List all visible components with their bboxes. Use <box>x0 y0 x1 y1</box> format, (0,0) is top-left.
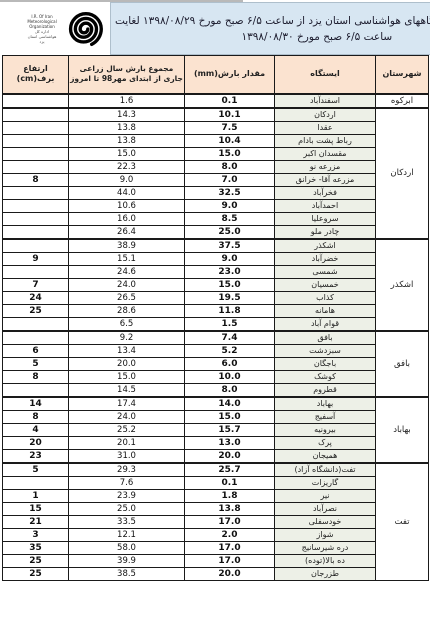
rain-cell: 17.0 <box>185 515 275 528</box>
total-rain-header: مجموع بارش سال زراعی جاری از ابتدای مهر9… <box>69 56 185 94</box>
station-cell: مقسدان اکبر <box>275 147 376 160</box>
rain-cell: 25.0 <box>185 225 275 239</box>
station-cell: مزرعه نو <box>275 160 376 173</box>
snow-cell: 8 <box>3 173 69 186</box>
station-cell: احمدآباد <box>275 199 376 212</box>
snow-cell <box>3 147 69 160</box>
rain-cell: 2.0 <box>185 528 275 541</box>
rain-cell: 7.5 <box>185 121 275 134</box>
snow-cell: 6 <box>3 344 69 357</box>
total-cell: 16.0 <box>69 212 185 225</box>
table-row: ده بالا(توده)17.039.925 <box>3 554 429 567</box>
station-cell: کذاب <box>275 291 376 304</box>
county-cell: اشکذر <box>376 239 429 331</box>
total-cell: 29.3 <box>69 463 185 477</box>
table-row: سروعلیا8.516.0 <box>3 212 429 225</box>
station-cell: خضرآباد <box>275 252 376 265</box>
station-cell: سبزدشت <box>275 344 376 357</box>
snow-cell: 25 <box>3 304 69 317</box>
table-row: همیجان20.031.023 <box>3 449 429 463</box>
rain-cell: 1.8 <box>185 489 275 502</box>
total-cell: 31.0 <box>69 449 185 463</box>
total-cell: 14.5 <box>69 383 185 397</box>
station-cell: قوام آباد <box>275 317 376 331</box>
snow-cell <box>3 121 69 134</box>
table-row: خمسیان15.024.07 <box>3 278 429 291</box>
rain-cell: 7.0 <box>185 173 275 186</box>
station-cell: نصرآباد <box>275 502 376 515</box>
rain-cell: 13.8 <box>185 502 275 515</box>
county-cell: اردکان <box>376 108 429 239</box>
snow-cell <box>3 108 69 122</box>
rain-cell: 14.0 <box>185 397 275 411</box>
total-cell: 14.3 <box>69 108 185 122</box>
table-row: مقسدان اکبر15.015.0 <box>3 147 429 160</box>
rain-cell: 0.1 <box>185 476 275 489</box>
snow-cell: 25 <box>3 554 69 567</box>
station-header: ایستگاه <box>275 56 376 94</box>
total-cell: 7.6 <box>69 476 185 489</box>
logo-text-fa: اداره کل هواشناسی استان یزد <box>26 29 58 44</box>
total-cell: 23.9 <box>69 489 185 502</box>
total-cell: 20.1 <box>69 436 185 449</box>
station-cell: اشکذر <box>275 239 376 253</box>
snow-cell <box>3 265 69 278</box>
snow-cell <box>3 134 69 147</box>
table-row: خضرآباد9.015.19 <box>3 252 429 265</box>
rain-cell: 32.5 <box>185 186 275 199</box>
table-row: نصرآباد13.825.015 <box>3 502 429 515</box>
snow-cell: 7 <box>3 278 69 291</box>
table-row: ابرکوهاسفندآباد0.11.6 <box>3 94 429 108</box>
table-row: شمسی23.024.6 <box>3 265 429 278</box>
table-row: عقدا7.513.8 <box>3 121 429 134</box>
total-cell: 12.1 <box>69 528 185 541</box>
table-row: شواز2.012.13 <box>3 528 429 541</box>
snow-cell <box>3 160 69 173</box>
station-cell: رباط پشت بادام <box>275 134 376 147</box>
rain-cell: 10.1 <box>185 108 275 122</box>
table-row: فخرآباد32.544.0 <box>3 186 429 199</box>
county-cell: بهاباد <box>376 397 429 463</box>
rainfall-report-page: I.R. Of Iran Meteorological Organization… <box>0 0 430 627</box>
total-cell: 10.6 <box>69 199 185 212</box>
table-header-row: شهرستان ایستگاه مقدار بارش(mm) مجموع بار… <box>3 56 429 94</box>
station-cell: بهاباد <box>275 397 376 411</box>
table-row: پرک13.020.120 <box>3 436 429 449</box>
station-cell: تفت(دانشگاه آزاد) <box>275 463 376 477</box>
table-row: قطروم8.014.5 <box>3 383 429 397</box>
snow-cell <box>3 94 69 108</box>
report-header: I.R. Of Iran Meteorological Organization… <box>0 2 430 55</box>
table-row: قوام آباد1.56.5 <box>3 317 429 331</box>
total-cell: 44.0 <box>69 186 185 199</box>
table-row: طزرجان20.038.525 <box>3 567 429 580</box>
total-cell: 17.4 <box>69 397 185 411</box>
report-title-line1: میزان بارندگی ایستگاههای هواشناسی استان … <box>115 13 430 29</box>
rain-cell: 20.0 <box>185 449 275 463</box>
station-cell: همیجان <box>275 449 376 463</box>
snow-cell: 8 <box>3 370 69 383</box>
station-cell: شواز <box>275 528 376 541</box>
rain-cell: 25.7 <box>185 463 275 477</box>
station-cell: فخرآباد <box>275 186 376 199</box>
logo-caption: I.R. Of Iran Meteorological Organization… <box>26 14 58 44</box>
rain-cell: 7.4 <box>185 331 275 345</box>
county-header: شهرستان <box>376 56 429 94</box>
rain-cell: 19.5 <box>185 291 275 304</box>
total-cell: 58.0 <box>69 541 185 554</box>
total-cell: 13.8 <box>69 134 185 147</box>
station-cell: دره شیرسانیج <box>275 541 376 554</box>
snow-cell <box>3 225 69 239</box>
logo-text-en: I.R. Of Iran Meteorological Organization <box>26 14 58 29</box>
station-cell: بافق <box>275 331 376 345</box>
logo-block: I.R. Of Iran Meteorological Organization… <box>0 2 110 55</box>
table-row: سبزدشت5.213.46 <box>3 344 429 357</box>
table-row: بیرونیه15.725.24 <box>3 423 429 436</box>
snow-cell: 3 <box>3 528 69 541</box>
rain-cell: 10.0 <box>185 370 275 383</box>
total-cell: 13.8 <box>69 121 185 134</box>
snow-cell <box>3 212 69 225</box>
total-cell: 24.6 <box>69 265 185 278</box>
station-cell: مزرعه آقا- خرانق <box>275 173 376 186</box>
snow-cell: 9 <box>3 252 69 265</box>
table-row: اشکذراشکذر37.538.9 <box>3 239 429 253</box>
total-cell: 15.1 <box>69 252 185 265</box>
total-cell: 9.0 <box>69 173 185 186</box>
total-cell: 26.5 <box>69 291 185 304</box>
snow-cell: 4 <box>3 423 69 436</box>
rain-cell: 8.0 <box>185 160 275 173</box>
station-cell: طزرجان <box>275 567 376 580</box>
rain-table-body: ابرکوهاسفندآباد0.11.6اردکاناردکان10.114.… <box>3 94 429 581</box>
snow-cell: 8 <box>3 410 69 423</box>
report-title-line2: ساعت ۶/۵ صبح مورخ ۱۳۹۸/۰۸/۳۰ <box>241 29 392 45</box>
station-cell: پرک <box>275 436 376 449</box>
table-row: باجگان6.020.05 <box>3 357 429 370</box>
total-cell: 33.5 <box>69 515 185 528</box>
table-row: رباط پشت بادام10.413.8 <box>3 134 429 147</box>
total-cell: 25.0 <box>69 502 185 515</box>
rain-cell: 15.0 <box>185 410 275 423</box>
table-row: هامانه11.828.625 <box>3 304 429 317</box>
snow-cell: 23 <box>3 449 69 463</box>
snow-cell: 24 <box>3 291 69 304</box>
station-cell: چادر ملو <box>275 225 376 239</box>
total-cell: 20.0 <box>69 357 185 370</box>
rain-cell: 9.0 <box>185 252 275 265</box>
table-row: مزرعه نو8.022.3 <box>3 160 429 173</box>
total-cell: 6.5 <box>69 317 185 331</box>
total-cell: 15.0 <box>69 370 185 383</box>
station-cell: عقدا <box>275 121 376 134</box>
station-cell: خودسفلی <box>275 515 376 528</box>
rain-cell: 17.0 <box>185 541 275 554</box>
total-cell: 22.3 <box>69 160 185 173</box>
total-cell: 25.2 <box>69 423 185 436</box>
station-cell: بیرونیه <box>275 423 376 436</box>
table-row: تفتتفت(دانشگاه آزاد)25.729.35 <box>3 463 429 477</box>
table-row: چادر ملو25.026.4 <box>3 225 429 239</box>
table-row: مزرعه آقا- خرانق7.09.08 <box>3 173 429 186</box>
table-row: نیر1.823.91 <box>3 489 429 502</box>
station-cell: خمسیان <box>275 278 376 291</box>
rain-cell: 15.7 <box>185 423 275 436</box>
station-cell: اردکان <box>275 108 376 122</box>
table-row: بهابادبهاباد14.017.414 <box>3 397 429 411</box>
rain-cell: 17.0 <box>185 554 275 567</box>
station-cell: ده بالا(توده) <box>275 554 376 567</box>
snow-cell <box>3 186 69 199</box>
title-band: میزان بارندگی ایستگاههای هواشناسی استان … <box>110 2 430 55</box>
snow-cell: 20 <box>3 436 69 449</box>
county-cell: تفت <box>376 463 429 581</box>
snow-cell: 1 <box>3 489 69 502</box>
rain-cell: 8.5 <box>185 212 275 225</box>
station-cell: کوشک <box>275 370 376 383</box>
table-row: کوشک10.015.08 <box>3 370 429 383</box>
station-cell: نیر <box>275 489 376 502</box>
station-cell: هامانه <box>275 304 376 317</box>
table-row: خودسفلی17.033.521 <box>3 515 429 528</box>
table-row: بافقبافق7.49.2 <box>3 331 429 345</box>
rain-cell: 8.0 <box>185 383 275 397</box>
total-cell: 38.5 <box>69 567 185 580</box>
total-cell: 13.4 <box>69 344 185 357</box>
total-cell: 28.6 <box>69 304 185 317</box>
rain-cell: 15.0 <box>185 278 275 291</box>
rain-cell: 20.0 <box>185 567 275 580</box>
rain-cell: 0.1 <box>185 94 275 108</box>
snow-cell <box>3 383 69 397</box>
snow-cell: 15 <box>3 502 69 515</box>
rain-cell: 1.5 <box>185 317 275 331</box>
total-cell: 24.0 <box>69 410 185 423</box>
station-cell: باجگان <box>275 357 376 370</box>
rain-cell: 5.2 <box>185 344 275 357</box>
station-cell: آسفیج <box>275 410 376 423</box>
snow-cell <box>3 331 69 345</box>
county-cell: ابرکوه <box>376 94 429 108</box>
table-row: کذاب19.526.524 <box>3 291 429 304</box>
snow-depth-header: ارتفاع برف(cm) <box>3 56 69 94</box>
county-cell: بافق <box>376 331 429 397</box>
snow-cell: 21 <box>3 515 69 528</box>
rain-cell: 37.5 <box>185 239 275 253</box>
table-row: دره شیرسانیج17.058.035 <box>3 541 429 554</box>
station-cell: سروعلیا <box>275 212 376 225</box>
snow-cell: 25 <box>3 567 69 580</box>
rain-cell: 11.8 <box>185 304 275 317</box>
table-row: اردکاناردکان10.114.3 <box>3 108 429 122</box>
rain-cell: 6.0 <box>185 357 275 370</box>
table-row: احمدآباد9.010.6 <box>3 199 429 212</box>
table-row: آسفیج15.024.08 <box>3 410 429 423</box>
irimo-spiral-logo <box>60 5 108 53</box>
station-cell: قطروم <box>275 383 376 397</box>
total-cell: 38.9 <box>69 239 185 253</box>
snow-cell: 5 <box>3 357 69 370</box>
snow-cell: 5 <box>3 463 69 477</box>
total-cell: 39.9 <box>69 554 185 567</box>
snow-cell <box>3 239 69 253</box>
rainfall-table: شهرستان ایستگاه مقدار بارش(mm) مجموع بار… <box>2 55 429 581</box>
total-cell: 26.4 <box>69 225 185 239</box>
snow-cell <box>3 476 69 489</box>
station-cell: اسفندآباد <box>275 94 376 108</box>
snow-cell <box>3 317 69 331</box>
total-cell: 1.6 <box>69 94 185 108</box>
total-cell: 9.2 <box>69 331 185 345</box>
table-row: گاریزات0.17.6 <box>3 476 429 489</box>
snow-cell <box>3 199 69 212</box>
snow-cell: 14 <box>3 397 69 411</box>
snow-cell: 35 <box>3 541 69 554</box>
station-cell: شمسی <box>275 265 376 278</box>
rain-cell: 15.0 <box>185 147 275 160</box>
rain-cell: 13.0 <box>185 436 275 449</box>
rain-cell: 23.0 <box>185 265 275 278</box>
rain-cell: 10.4 <box>185 134 275 147</box>
rain-cell: 9.0 <box>185 199 275 212</box>
total-cell: 15.0 <box>69 147 185 160</box>
rain-mm-header: مقدار بارش(mm) <box>185 56 275 94</box>
total-cell: 24.0 <box>69 278 185 291</box>
station-cell: گاریزات <box>275 476 376 489</box>
